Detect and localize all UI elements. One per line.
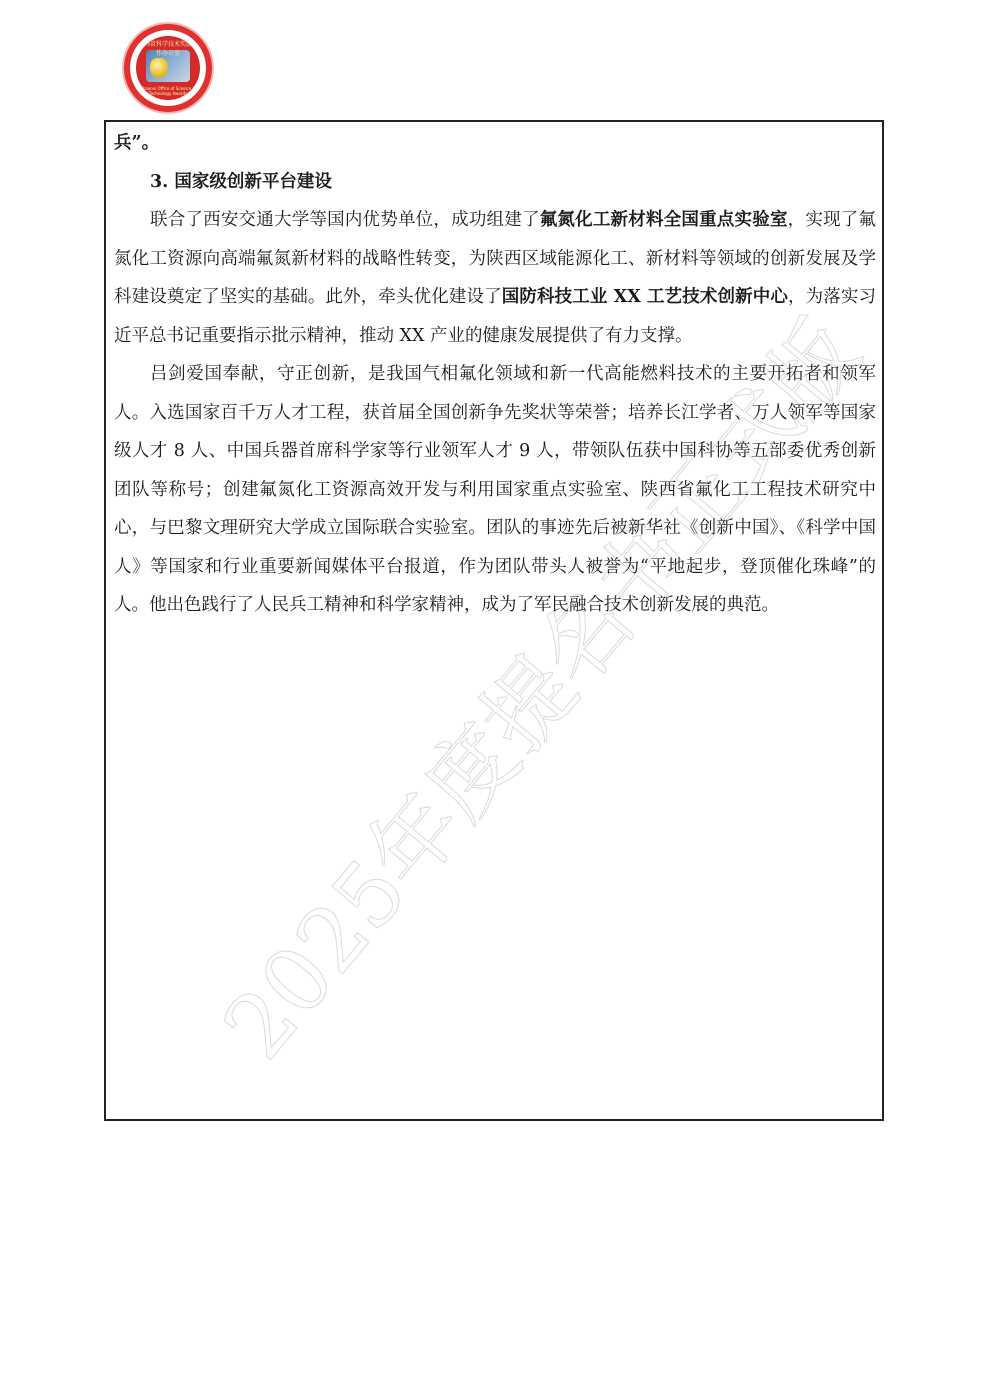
organization-seal-logo: 陕西省科学技术奖励工作办公室 Shaanxi Office of Science… xyxy=(124,24,212,112)
continuation-text: 兵”。 xyxy=(114,124,876,163)
paragraph-summary: 吕剑爱国奉献，守正创新，是我国气相氟化领域和新一代高能燃料技术的主要开拓者和领军… xyxy=(114,355,876,625)
document-body: 兵”。 3. 国家级创新平台建设 联合了西安交通大学等国内优势单位，成功组建了氟… xyxy=(114,124,876,625)
center-name-bold: 国防科技工业 XX 工艺技术创新中心 xyxy=(502,287,788,307)
trophy-icon xyxy=(150,58,168,78)
section-heading: 3. 国家级创新平台建设 xyxy=(114,163,876,202)
lab-name-bold: 氟氮化工新材料全国重点实验室 xyxy=(540,210,788,230)
seal-text-top: 陕西省科学技术奖励工作办公室 xyxy=(136,39,200,57)
seal-text-bottom: Shaanxi Office of Science & Technology A… xyxy=(136,86,200,96)
seal-inner: 陕西省科学技术奖励工作办公室 Shaanxi Office of Science… xyxy=(136,36,200,100)
paragraph-text: 联合了西安交通大学等国内优势单位，成功组建了 xyxy=(150,210,540,230)
paragraph-platform: 联合了西安交通大学等国内优势单位，成功组建了氟氮化工新材料全国重点实验室，实现了… xyxy=(114,201,876,355)
